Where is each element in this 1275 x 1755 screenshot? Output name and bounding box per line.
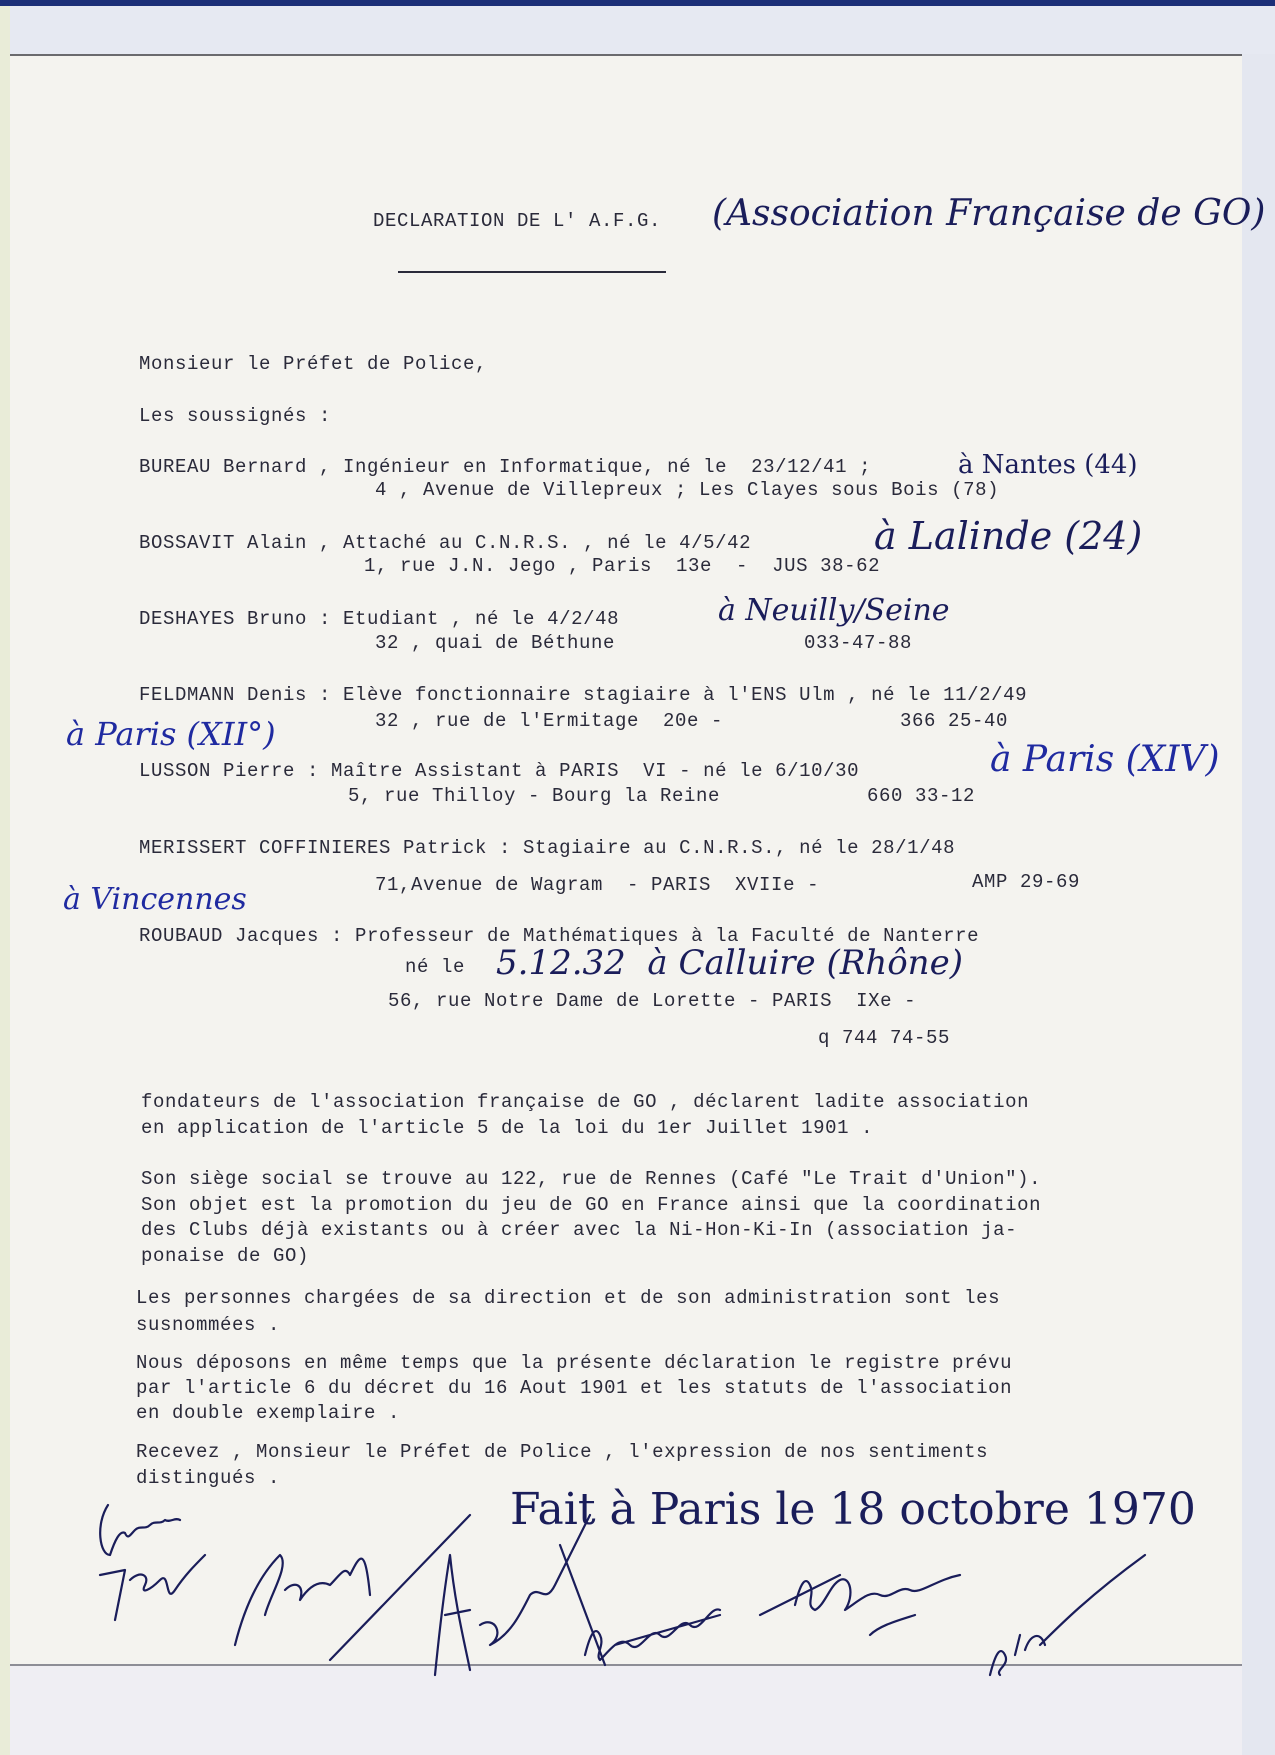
founder-line: BUREAU Bernard , Ingénieur en Informatiq… bbox=[139, 458, 871, 477]
founder-address: 32 , rue de l'Ermitage 20e - bbox=[375, 712, 723, 731]
founder-birthplace-annotation: à Neuilly/Seine bbox=[718, 596, 950, 626]
paragraph-line: par l'article 6 du décret du 16 Aout 190… bbox=[136, 1379, 1012, 1398]
paragraph-line: Son objet est la promotion du jeu de GO … bbox=[141, 1196, 1041, 1215]
paragraph-line: susnommées . bbox=[136, 1316, 280, 1335]
founder-address: 56, rue Notre Dame de Lorette - PARIS IX… bbox=[388, 992, 916, 1011]
intro-text: Les soussignés : bbox=[139, 407, 331, 426]
founder-line: BOSSAVIT Alain , Attaché au C.N.R.S. , n… bbox=[139, 534, 751, 553]
founder-address: 1, rue J.N. Jego , Paris 13e - JUS 38-62 bbox=[364, 557, 880, 576]
paragraph-line: en application de l'article 5 de la loi … bbox=[141, 1119, 873, 1138]
salutation: Monsieur le Préfet de Police, bbox=[139, 355, 487, 374]
founder-address: 71,Avenue de Wagram - PARIS XVIIe - bbox=[375, 876, 819, 895]
founder-phone: 366 25-40 bbox=[900, 712, 1008, 731]
scan-background bbox=[0, 6, 1275, 54]
document-title: DECLARATION DE L' A.F.G. bbox=[373, 212, 661, 231]
document-page bbox=[10, 54, 1242, 1666]
paragraph-line: des Clubs déjà existants ou à créer avec… bbox=[141, 1221, 1017, 1240]
founder-birth-label: né le bbox=[405, 958, 465, 977]
paragraph-line: Nous déposons en même temps que la prése… bbox=[136, 1354, 1012, 1373]
founder-phone: 660 33-12 bbox=[867, 787, 975, 806]
founder-birthplace-annotation: à Vincennes bbox=[63, 885, 247, 915]
founder-birthplace-annotation: 5.12.32 à Calluire (Rhône) bbox=[496, 946, 963, 980]
founder-birthplace-annotation: à Paris (XII°) bbox=[66, 718, 276, 750]
paragraph-line: ponaise de GO) bbox=[141, 1247, 309, 1266]
founder-phone: 033-47-88 bbox=[804, 634, 912, 653]
founder-phone: q 744 74-55 bbox=[818, 1029, 950, 1048]
signatures bbox=[0, 1485, 1275, 1685]
title-underline bbox=[398, 271, 666, 273]
paragraph-line: Les personnes chargées de sa direction e… bbox=[136, 1289, 1000, 1308]
founder-line: LUSSON Pierre : Maître Assistant à PARIS… bbox=[139, 762, 859, 781]
founder-address: 4 , Avenue de Villepreux ; Les Clayes so… bbox=[375, 481, 999, 500]
founder-phone: AMP 29-69 bbox=[972, 873, 1080, 892]
founder-line: MERISSERT COFFINIERES Patrick : Stagiair… bbox=[139, 839, 955, 858]
title-handwritten-annotation: (Association Française de GO) bbox=[712, 196, 1265, 232]
founder-birthplace-annotation: à Nantes (44) bbox=[958, 452, 1138, 478]
paragraph-line: Son siège social se trouve au 122, rue d… bbox=[141, 1170, 1041, 1189]
founder-line: FELDMANN Denis : Elève fonctionnaire sta… bbox=[139, 686, 1027, 705]
founder-address: 5, rue Thilloy - Bourg la Reine bbox=[348, 787, 720, 806]
founder-birthplace-annotation: à Paris (XIV) bbox=[990, 742, 1220, 778]
paragraph-line: en double exemplaire . bbox=[136, 1404, 400, 1423]
founder-address: 32 , quai de Béthune bbox=[375, 634, 615, 653]
founder-line: DESHAYES Bruno : Etudiant , né le 4/2/48 bbox=[139, 610, 619, 629]
paragraph-line: Recevez , Monsieur le Préfet de Police ,… bbox=[136, 1443, 988, 1462]
paragraph-line: fondateurs de l'association française de… bbox=[141, 1093, 1029, 1112]
founder-birthplace-annotation: à Lalinde (24) bbox=[874, 517, 1142, 555]
